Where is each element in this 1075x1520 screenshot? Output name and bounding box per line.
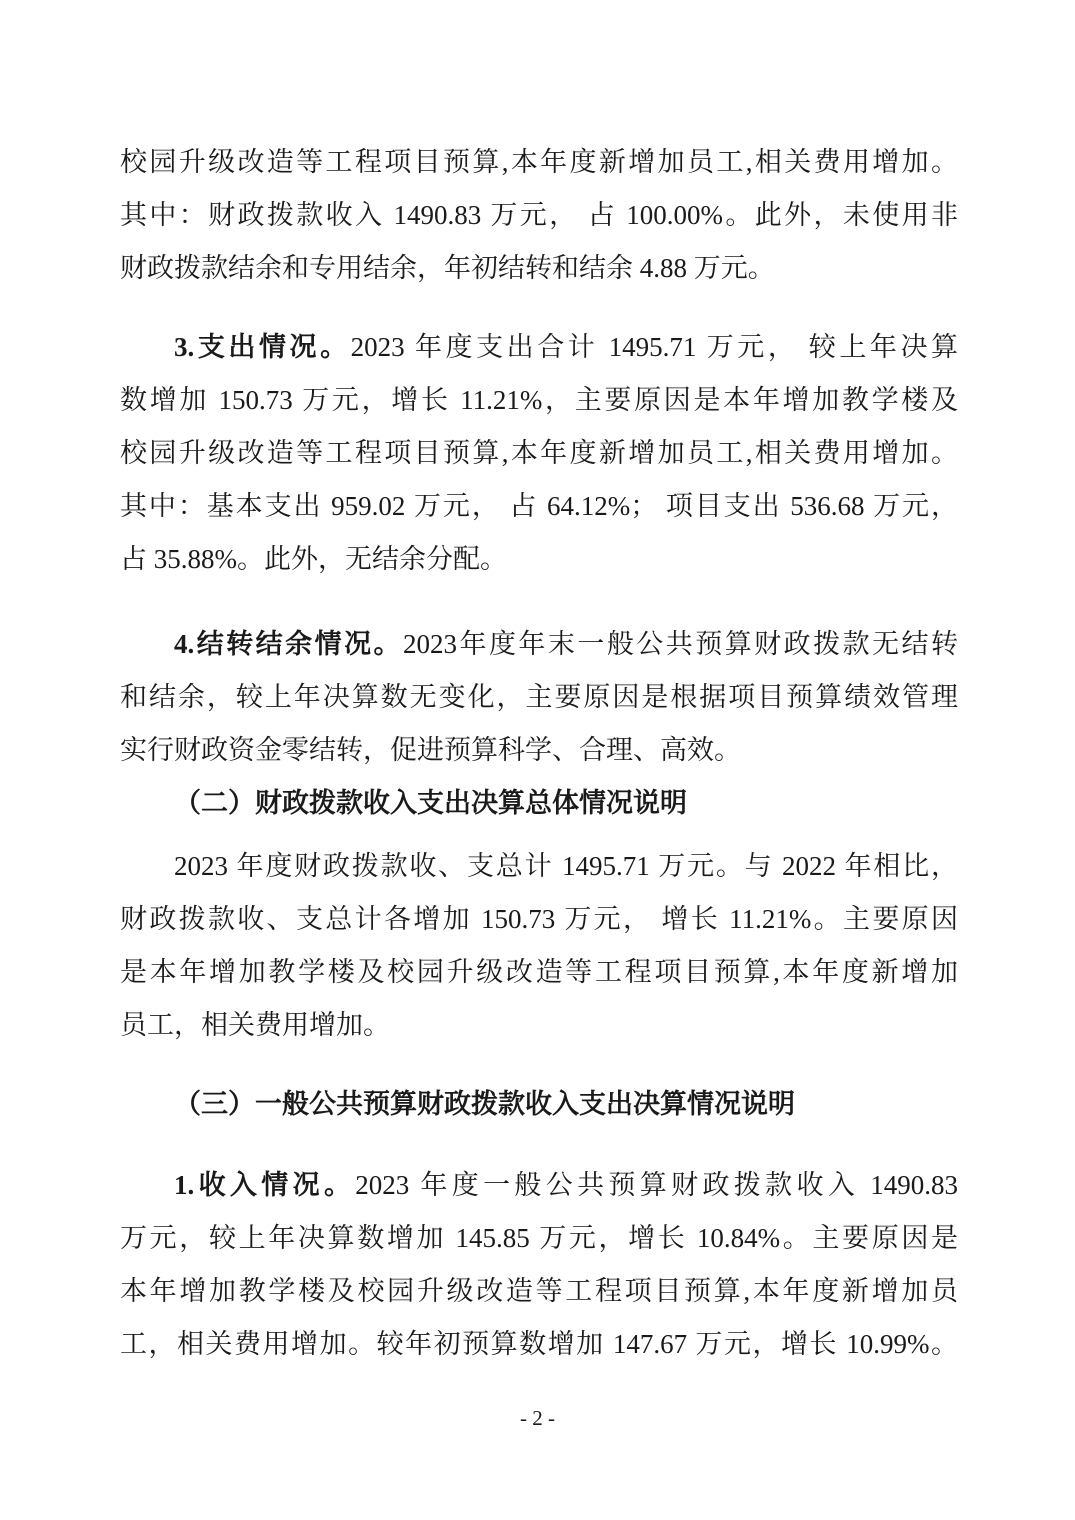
heading-section-2: （二）财政拨款收入支出决算总体情况说明 [120,777,958,830]
text-line: 其中：基本支出 959.02 万元， 占 64.12%； 项目支出 536.68… [120,480,958,533]
heading-section-3: （三）一般公共预算财政拨款收入支出决算情况说明 [120,1078,958,1131]
text-line: 实行财政资金零结转，促进预算科学、合理、高效。 [120,724,958,777]
text-line: 校园升级改造等工程项目预算,本年度新增加员工,相关费用增加。 [120,427,958,480]
text-line: 员工，相关费用增加。 [120,999,958,1052]
para-expenditure-situation: 3.支出情况。2023 年度支出合计 1495.71 万元， 较上年决算数增加 … [120,321,958,586]
text-line: 财政拨款收、支总计各增加 150.73 万元， 增长 11.21%。主要原因 [120,893,958,946]
paragraph-lead: 1.收入情况。 [174,1170,355,1200]
para-general-budget-income: 1.收入情况。2023 年度一般公共预算财政拨款收入 1490.83万元，较上年… [120,1159,958,1371]
para-fiscal-appropriation-total: 2023 年度财政拨款收、支总计 1495.71 万元。与 2022 年相比，财… [120,840,958,1052]
para-income-continuation: 校园升级改造等工程项目预算,本年度新增加员工,相关费用增加。其中：财政拨款收入 … [120,136,958,295]
text-line: 工，相关费用增加。较年初预算数增加 147.67 万元，增长 10.99%。 [120,1318,958,1371]
text-line: 和结余，较上年决算数无变化，主要原因是根据项目预算绩效管理 [120,671,958,724]
text-line: 1.收入情况。2023 年度一般公共预算财政拨款收入 1490.83 [120,1159,958,1212]
text-line: 数增加 150.73 万元，增长 11.21%，主要原因是本年增加教学楼及 [120,374,958,427]
text-line: 2023 年度财政拨款收、支总计 1495.71 万元。与 2022 年相比， [120,840,958,893]
text-line: 校园升级改造等工程项目预算,本年度新增加员工,相关费用增加。 [120,136,958,189]
page-footer: - 2 - [0,1404,1075,1432]
heading-line: （二）财政拨款收入支出决算总体情况说明 [120,777,958,830]
text-line: 3.支出情况。2023 年度支出合计 1495.71 万元， 较上年决算 [120,321,958,374]
text-line: 是本年增加教学楼及校园升级改造等工程项目预算,本年度新增加 [120,946,958,999]
line-text: 2023 年度支出合计 1495.71 万元， 较上年决算 [351,332,958,362]
text-line: 4.结转结余情况。2023年度年末一般公共预算财政拨款无结转 [120,618,958,671]
page-number: - 2 - [520,1406,555,1430]
paragraph-lead: 3.支出情况。 [174,332,351,362]
line-text: 2023年度年末一般公共预算财政拨款无结转 [403,629,958,659]
text-line: 本年增加教学楼及校园升级改造等工程项目预算,本年度新增加员 [120,1265,958,1318]
text-line: 财政拨款结余和专用结余，年初结转和结余 4.88 万元。 [120,242,958,295]
paragraph-lead: 4.结转结余情况。 [174,629,403,659]
line-text: 2023 年度一般公共预算财政拨款收入 1490.83 [355,1170,958,1200]
document-page: 校园升级改造等工程项目预算,本年度新增加员工,相关费用增加。其中：财政拨款收入 … [0,0,1075,1520]
text-line: 万元，较上年决算数增加 145.85 万元，增长 10.84%。主要原因是 [120,1212,958,1265]
heading-line: （三）一般公共预算财政拨款收入支出决算情况说明 [120,1078,958,1131]
document-body: 校园升级改造等工程项目预算,本年度新增加员工,相关费用增加。其中：财政拨款收入 … [120,136,958,1371]
text-line: 占 35.88%。此外，无结余分配。 [120,533,958,586]
text-line: 其中：财政拨款收入 1490.83 万元， 占 100.00%。此外，未使用非 [120,189,958,242]
para-carryover-balance: 4.结转结余情况。2023年度年末一般公共预算财政拨款无结转和结余，较上年决算数… [120,618,958,777]
